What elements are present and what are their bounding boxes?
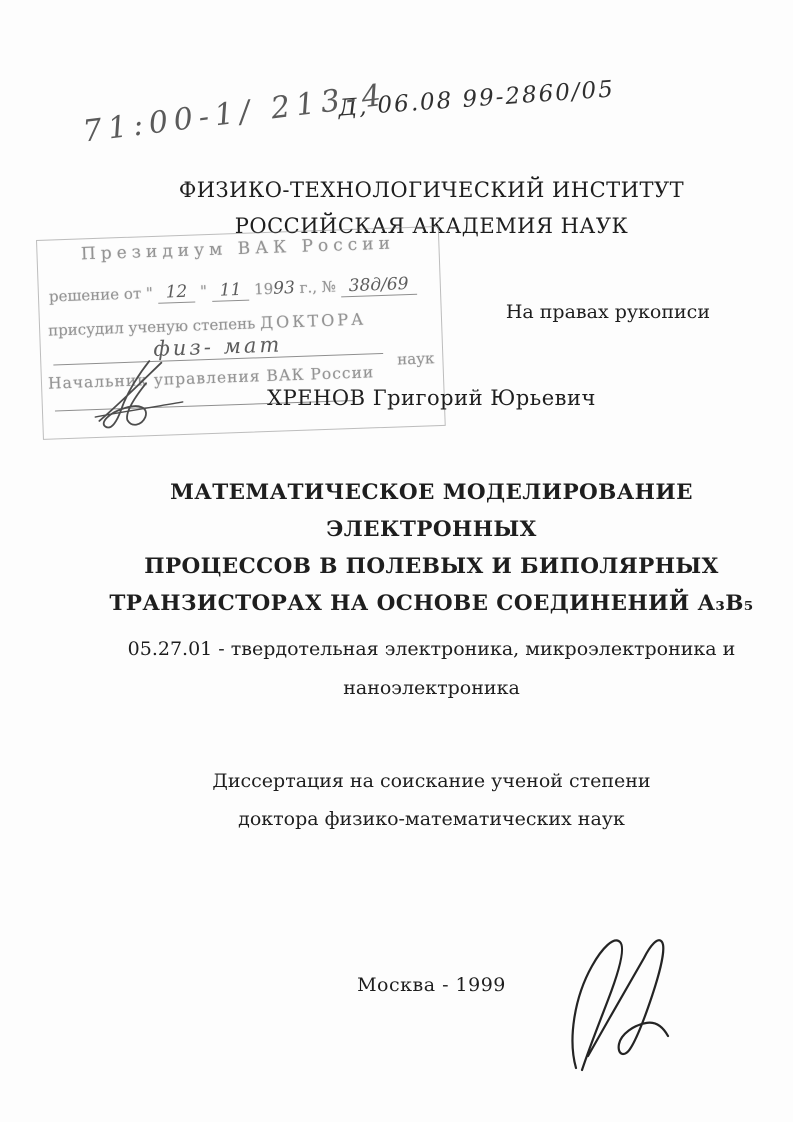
dissertation-title: МАТЕМАТИЧЕСКОЕ МОДЕЛИРОВАНИЕ ЭЛЕКТРОННЫХ… bbox=[70, 474, 793, 622]
degree-statement-line2: доктора физико-математических наук bbox=[70, 800, 793, 838]
award-degree: ДОКТОРА bbox=[260, 310, 367, 333]
degree-statement-line1: Диссертация на соискание ученой степени bbox=[70, 762, 793, 800]
decision-close-quote: " bbox=[200, 282, 208, 300]
decision-year-handwritten: 93 bbox=[273, 278, 295, 299]
dissertation-title-line3: ТРАНЗИСТОРАХ НА ОСНОВЕ СОЕДИНЕНИЙ А₃В₅ bbox=[70, 585, 793, 622]
catalog-number-handwritten: 71:00-1/ 213-4 bbox=[81, 77, 389, 149]
dissertation-title-line2: ПРОЦЕССОВ В ПОЛЕВЫХ И БИПОЛЯРНЫХ bbox=[70, 548, 793, 585]
rights-note: На правах рукописи bbox=[506, 301, 710, 323]
author-name: ХРЕНОВ Григорий Юрьевич bbox=[70, 386, 793, 410]
stamp-title: Президиум ВАК России bbox=[37, 232, 438, 266]
decision-prefix: решение от " bbox=[49, 284, 154, 306]
title-page: Д, 06.08 99-2860/05 71:00-1/ 213-4 ФИЗИК… bbox=[0, 0, 793, 1122]
decision-number-label: г., № bbox=[299, 278, 336, 297]
decision-day-handwritten: 12 bbox=[157, 281, 195, 303]
author-signature-icon bbox=[556, 928, 691, 1080]
decision-month-handwritten: 11 bbox=[211, 280, 249, 302]
dissertation-title-line1: МАТЕМАТИЧЕСКОЕ МОДЕЛИРОВАНИЕ ЭЛЕКТРОННЫХ bbox=[70, 474, 793, 548]
degree-statement: Диссертация на соискание ученой степени … bbox=[70, 762, 793, 838]
decision-number-handwritten: 38д/69 bbox=[340, 274, 416, 298]
specialty-line2: наноэлектроника bbox=[70, 669, 793, 708]
institute-name: ФИЗИКО-ТЕХНОЛОГИЧЕСКИЙ ИНСТИТУТ bbox=[70, 178, 793, 202]
decision-year-prefix: 19 bbox=[254, 280, 274, 299]
stamp-nauk-label: наук bbox=[397, 349, 435, 368]
stamp-decision-line: решение от " 12 " 11 1993 г., № 38д/69 bbox=[49, 273, 434, 307]
specialty-code: 05.27.01 - твердотельная электроника, ми… bbox=[70, 630, 793, 708]
specialty-line1: 05.27.01 - твердотельная электроника, ми… bbox=[70, 630, 793, 669]
